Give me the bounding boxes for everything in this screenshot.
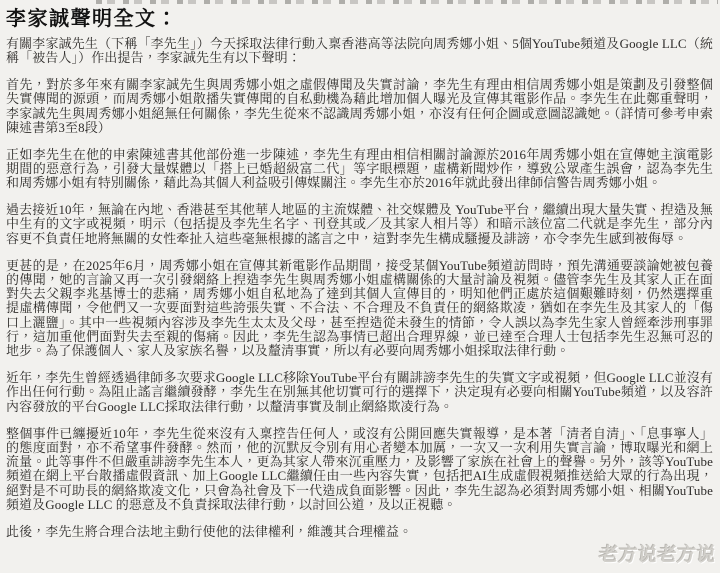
statement-paragraph-2025-june: 更甚的是，在2025年6月，周秀娜小姐在宣傳其新電影作品期間，接受某個YouTu… — [6, 259, 713, 359]
statement-paragraph-2016-claim: 正如李先生在他的申索陳述書其他部份進一步陳述，李先生有理由相信相關討論源於201… — [6, 148, 713, 191]
statement-paragraph-first: 首先，對於多年來有關李家誠先生與周秀娜小姐之虛假傳聞及失實討論，李先生有理由相信… — [6, 78, 713, 135]
watermark: 老方说老方说 — [598, 540, 718, 567]
statement-paragraph-overall: 整個事件已纏擾近10年，李先生從來沒有入稟控告任何人，或沒有公開回應失實報導，是… — [6, 427, 713, 513]
statement-paragraph-10-years: 過去接近10年，無論在內地、香港甚至其他華人地區的主流媒體、社交媒體及 YouT… — [6, 203, 713, 246]
statement-title: 李家誠聲明全文： — [6, 7, 713, 31]
cropped-text-artifact — [96, 0, 718, 4]
statement-document: 李家誠聲明全文： 有關李家誠先生（下稱「李先生」）今天採取法律行動入稟香港高等法… — [0, 0, 720, 573]
statement-intro-paragraph: 有關李家誠先生（下稱「李先生」）今天採取法律行動入稟香港高等法院向周秀娜小姐、5… — [6, 37, 713, 66]
statement-closing-paragraph: 此後，李先生將合理合法地主動行使他的法律權利，維護其合理權益。 — [6, 525, 713, 539]
statement-paragraph-google: 近年，李先生曾經透過律師多次要求Google LLC移除YouTube平台有關誹… — [6, 371, 713, 414]
